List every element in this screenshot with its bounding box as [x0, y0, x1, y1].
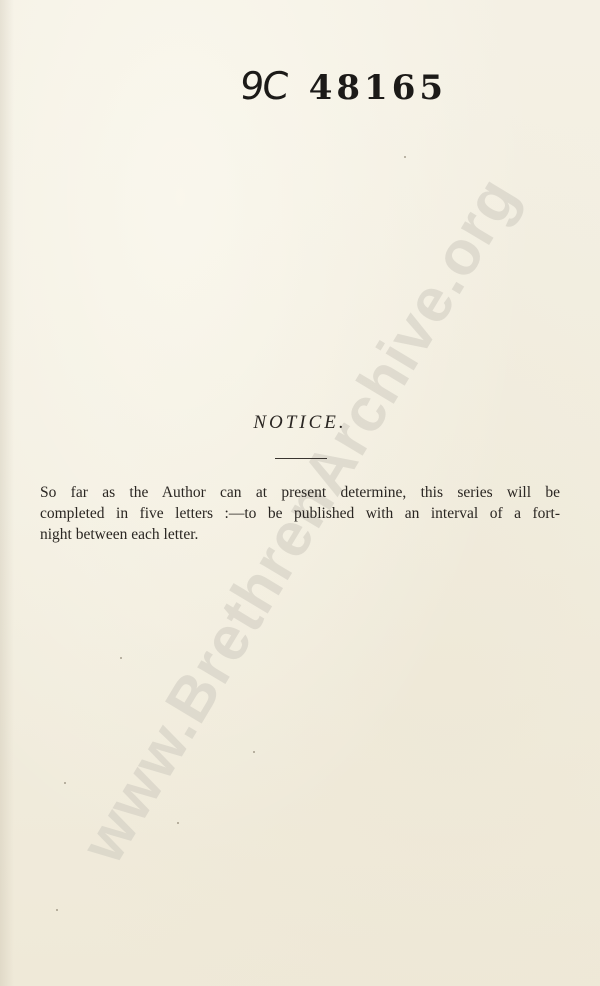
paper-speck	[177, 822, 179, 824]
catalog-stamp: 9C 48165	[240, 64, 447, 108]
title-divider-rule	[275, 458, 327, 459]
paper-speck	[120, 657, 122, 659]
paper-speck	[404, 156, 406, 158]
paper-speck	[56, 909, 58, 911]
notice-line: So far as the Author can at present dete…	[40, 482, 560, 503]
notice-line: completed in five letters :—to be publis…	[40, 503, 560, 524]
catalog-handwritten-prefix: 9C	[238, 64, 289, 108]
paper-speck	[64, 782, 66, 784]
notice-body: So far as the Author can at present dete…	[40, 482, 560, 545]
notice-title: NOTICE.	[0, 412, 600, 434]
scanned-page: www.BrethrenArchive.org 9C 48165 NOTICE.…	[0, 0, 600, 986]
catalog-stamped-number: 48165	[309, 68, 447, 108]
paper-speck	[253, 751, 255, 753]
notice-line: night between each letter.	[40, 524, 560, 545]
page-edge-shadow	[0, 0, 14, 986]
